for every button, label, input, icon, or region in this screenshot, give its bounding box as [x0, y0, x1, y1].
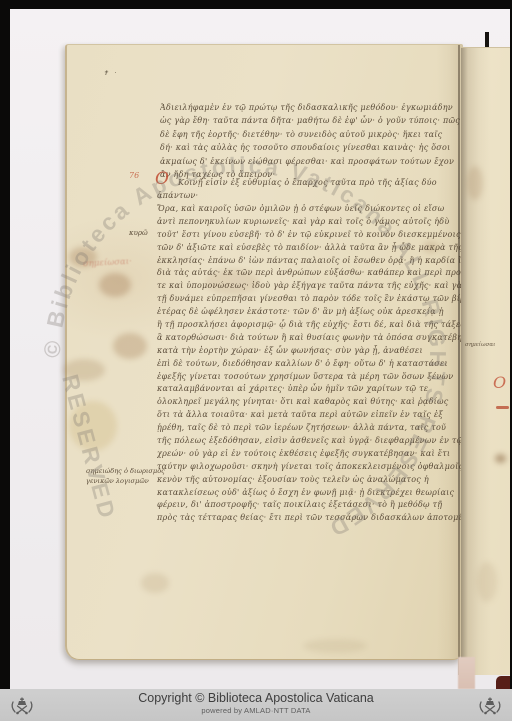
text-line: ὅτι τὰ ἄλλα τοιαῦτα· καὶ μετὰ ταῦτα περὶ… [157, 409, 463, 422]
text-line: ταύτην φιλοχωροῦσι· σκηνὴ γίνεται τοῖς ἀ… [157, 461, 463, 474]
stain [141, 573, 169, 593]
footer-text: Copyright © Biblioteca Apostolica Vatica… [0, 691, 512, 715]
manuscript-right-page: σημείωσαι Ο [461, 47, 510, 675]
facing-page-red-initial: Ο [493, 373, 506, 392]
text-line: Κοινῇ εἰσὶν ἐξ εὐθυμίας ὁ ἔπαρχος ταῦτα … [157, 177, 463, 190]
powered-by-text: powered by AMLAD·NTT DATA [0, 706, 512, 715]
text-line: τῇ δυνάμει εὐπρεπῆσαι γίνεσθαι τὸ παρὸν … [157, 293, 463, 306]
manuscript-left-page: ✝ · Ἀδιειλήφαμὲν ἐν τῷ πρώτῳ τῆς διδασκα… [65, 44, 463, 660]
text-line: χρεών· οὐ γὰρ εἰ ἐν τούτοις ἐκθέσεις ἐφε… [157, 448, 463, 461]
stain [467, 166, 483, 200]
stain [99, 273, 131, 297]
text-line: κενὸν τῆς αὐτονομίας· ἐξουσίαν τοὺς τελε… [157, 474, 463, 487]
text-line: τε καὶ ὑπομονώσεως· ἰδοὺ γὰρ ἐξήγαγε ταῦ… [157, 280, 463, 293]
margin-note-line: σημειώδης ὁ διωρισμὸς [86, 467, 166, 477]
text-paragraph-2: Κοινῇ εἰσὶν ἐξ εὐθυμίας ὁ ἔπαρχος ταῦτα … [157, 177, 463, 203]
margin-note-line: γενικῶν λογισμῶν [86, 477, 166, 487]
text-line: καταλαμβάνονται αἱ χάριτες· ὑπὲρ ὧν ἡμῖν… [157, 383, 463, 396]
book-gutter [458, 45, 460, 675]
manuscript-photo: ✝ · Ἀδιειλήφαμὲν ἐν τῷ πρώτῳ τῆς διδασκα… [10, 9, 510, 689]
stain [495, 454, 506, 463]
text-line: ὡς γὰρ ἔθη· ταῦτα πάντα δῆτα· μαθήτω δὲ … [160, 114, 466, 127]
text-line: δὲ ἔφη τῆς ἑορτῆς· διετέθην· τὸ συνειδὸς… [160, 128, 466, 141]
text-line: ἐκκλησίας· ἐπάνω δ' ἰὼν πάντας παλαιοῖς … [157, 255, 463, 268]
section-number: 76 [129, 171, 139, 180]
text-line: κατὰ τὴν ἑορτὴν χώραν· ἐξ ὧν φωνήσας· σὺ… [157, 345, 463, 358]
margin-red-annotation: σημείωσαι· [83, 257, 132, 270]
text-line: ἐπὶ δὲ τούτων, διεδόθησαν καλλίων δ' ὁ ἔ… [157, 358, 463, 371]
text-line: ἑτέρας δὲ ὠφέλησεν ἑκάστοτε· τῶν δ' ἂν μ… [157, 306, 463, 319]
stain [69, 401, 117, 451]
text-line: φέρειν, δι' ἀποστροφῆς· ταῖς ποικίλαις ἐ… [157, 499, 463, 512]
book-cover-corner [496, 676, 510, 689]
text-line: ἀντὶ πεπονηκυλίων κυριωνεῖς· καὶ γὰρ καὶ… [157, 216, 463, 229]
text-line: ἐφεξῆς γίνεται τοσούτων χρησίμων ὕστερα … [157, 371, 463, 384]
vatican-library-emblem-right [477, 692, 503, 718]
text-line: ἁπάντων· [157, 190, 463, 203]
text-paragraph-3: Ὅρα, καὶ καιροῖς ὑσῶν ὁμιλῶν ᾗ ὁ στέφων … [157, 203, 463, 525]
page-edge [458, 657, 475, 689]
text-line: διὰ τὰς αὐτάς· ἐκ τῶν περὶ ἀνθρώπων εὐξά… [157, 267, 463, 280]
text-line: Ἀδιειλήφαμὲν ἐν τῷ πρώτῳ τῆς διδασκαλικῆ… [160, 101, 466, 114]
stain [113, 333, 147, 359]
pen-trial-marks: ✝ · [103, 69, 119, 77]
text-paragraph-1: Ἀδιειλήφαμὲν ἐν τῷ πρώτῳ τῆς διδασκαλικῆ… [160, 101, 466, 181]
copyright-text: Copyright © Biblioteca Apostolica Vatica… [0, 691, 512, 706]
text-line: ὁλοκληρεῖ μεγάλης γίνηται· ὅτι καὶ καθαρ… [157, 396, 463, 409]
text-line: ἢ τῇ προσκλήσει ἀφορισμῷ· ᾧ διὰ τῆς εὐχῆ… [157, 319, 463, 332]
text-line: ἃ κατορθώσωσι· διὰ τούτων ἢ καὶ θυσίαις … [157, 332, 463, 345]
facing-page-red-mark [496, 406, 509, 409]
text-line: τοῦτ' ἔστι γίνου εὐσεβῆ· τὸ δ' ἐν τῷ εὐκ… [157, 229, 463, 242]
text-line: δή· καὶ τὰς αὐλὰς ἧς τοσοῦτο σπουδαίοις … [160, 141, 466, 154]
margin-annotation: κυρῶ [129, 229, 148, 237]
footer-bar: Copyright © Biblioteca Apostolica Vatica… [0, 689, 512, 721]
text-line: ἀκμαίως δ' ἐκείνων εἰώθασι φέρεσθαι· καὶ… [160, 155, 466, 168]
text-line: κατακλείσεως οὐδ' ἀξίως ὁ ἔσχη ἐν φωνῇ μ… [157, 487, 463, 500]
stain [477, 562, 497, 602]
facing-page-note: σημείωσαι [465, 342, 495, 348]
margin-note-lower: σημειώδης ὁ διωρισμὸςγενικῶν λογισμῶν [86, 467, 166, 486]
stain [303, 639, 367, 653]
text-line: Ὅρα, καὶ καιροῖς ὑσῶν ὁμιλῶν ᾗ ὁ στέφων … [157, 203, 463, 216]
text-line: τῶν δ' ἀξιῶτε καὶ εὐσεβὲς τὸ παιδίον· ἀλ… [157, 242, 463, 255]
text-line: ᾑρέθη, ταῖς δὲ τὸ περὶ τῶν ἱερέων ζητήσε… [157, 422, 463, 435]
stain [63, 359, 105, 381]
text-line: πρὸς τὰς τέτταρας θείας· ἔτι περὶ τῶν τε… [157, 512, 463, 525]
digitized-manuscript-viewer: ✝ · Ἀδιειλήφαμὲν ἐν τῷ πρώτῳ τῆς διδασκα… [0, 0, 512, 721]
text-line: τῆς πόλεως ἐξεδόθησαν, εἰσὶν ἀσθενεῖς κα… [157, 435, 463, 448]
